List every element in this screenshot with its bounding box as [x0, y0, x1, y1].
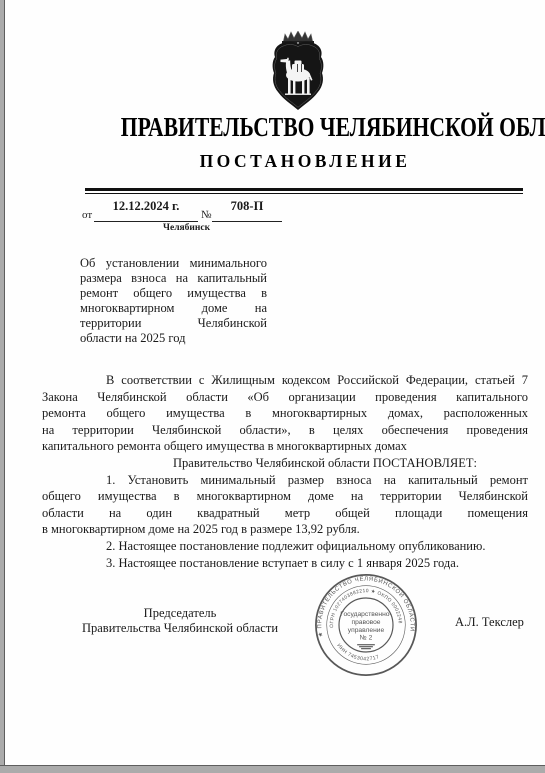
date-underline	[94, 221, 198, 222]
text-line: 2. Настоящее постановление подлежит офиц…	[42, 538, 528, 555]
number-underline	[212, 221, 282, 222]
stamp-inner-ring-bottom-text: ИНН 7453042717	[335, 643, 380, 663]
text-line: 1. Установить минимальный размер взноса …	[42, 472, 528, 489]
signature-name: А.Л. Текслер	[455, 615, 524, 630]
text-line: многоквартирном доме на	[80, 301, 267, 316]
scan-edge-left-line	[4, 0, 5, 773]
scan-edge-bottom	[0, 766, 545, 773]
text-line: 3. Настоящее постановление вступает в си…	[42, 555, 528, 572]
stamp-center-line3: управление	[348, 627, 385, 634]
org-name-title: ПРАВИТЕЛЬСТВО ЧЕЛЯБИНСКОЙ ОБЛАСТИ	[60, 112, 545, 143]
doc-date: 12.12.2024 г.	[94, 199, 198, 214]
text-line: Об установлении минимального	[80, 256, 267, 271]
text-line: Закона Челябинской области «Об организац…	[42, 389, 528, 406]
number-label: №	[201, 209, 212, 221]
svg-text:ИНН 7453042717: ИНН 7453042717	[335, 643, 380, 663]
text-line: на территории Челябинской области», в це…	[42, 422, 528, 439]
subject-block: Об установлении минимальногоразмера взно…	[80, 256, 267, 345]
doc-number: 708-П	[212, 199, 282, 214]
text-line: общего имущества в многоквартирном доме …	[42, 488, 528, 505]
body-block: В соответствии с Жилищным кодексом Росси…	[42, 372, 528, 571]
text-line: В соответствии с Жилищным кодексом Росси…	[42, 372, 528, 389]
document-page: { "header": { "org_name": "ПРАВИТЕЛЬСТВО…	[0, 0, 545, 773]
city-label: Челябинск	[163, 223, 210, 233]
header-rule-thick	[85, 188, 523, 191]
header-rule-thin	[85, 193, 523, 194]
text-line: ремонта общего имущества в многоквартирн…	[42, 405, 528, 422]
doc-type-title: ПОСТАНОВЛЕНИЕ	[60, 151, 545, 172]
stamp-ornament	[357, 644, 375, 649]
coat-of-arms-icon	[271, 31, 325, 111]
text-line: размера взноса на капитальный	[80, 271, 267, 286]
from-label: от	[82, 209, 92, 221]
official-stamp-icon: ★ ПРАВИТЕЛЬСТВО ЧЕЛЯБИНСКОЙ ОБЛАСТИ ★ ОГ…	[312, 571, 420, 679]
stamp-center-line4: № 2	[360, 635, 373, 642]
text-line: в многоквартирном доме на 2025 год в раз…	[42, 521, 528, 538]
text-line: капитального ремонта общего имущества в …	[42, 438, 528, 455]
text-line: Правительство Челябинской области ПОСТАН…	[42, 455, 528, 472]
scan-edge-bottom-line	[0, 765, 545, 766]
text-line: области на один квадратный метр общей пл…	[42, 505, 528, 522]
signature-position: Председатель Правительства Челябинской о…	[60, 606, 300, 636]
stamp-center-line2: правовое	[351, 619, 380, 626]
text-line: ремонт общего имущества в	[80, 286, 267, 301]
text-line: области на 2025 год	[80, 331, 267, 346]
signature-position-line1: Председатель	[60, 606, 300, 621]
text-line: территории Челябинской	[80, 316, 267, 331]
signature-position-line2: Правительства Челябинской области	[60, 621, 300, 636]
stamp-center-line1: Государственно-	[340, 611, 391, 618]
